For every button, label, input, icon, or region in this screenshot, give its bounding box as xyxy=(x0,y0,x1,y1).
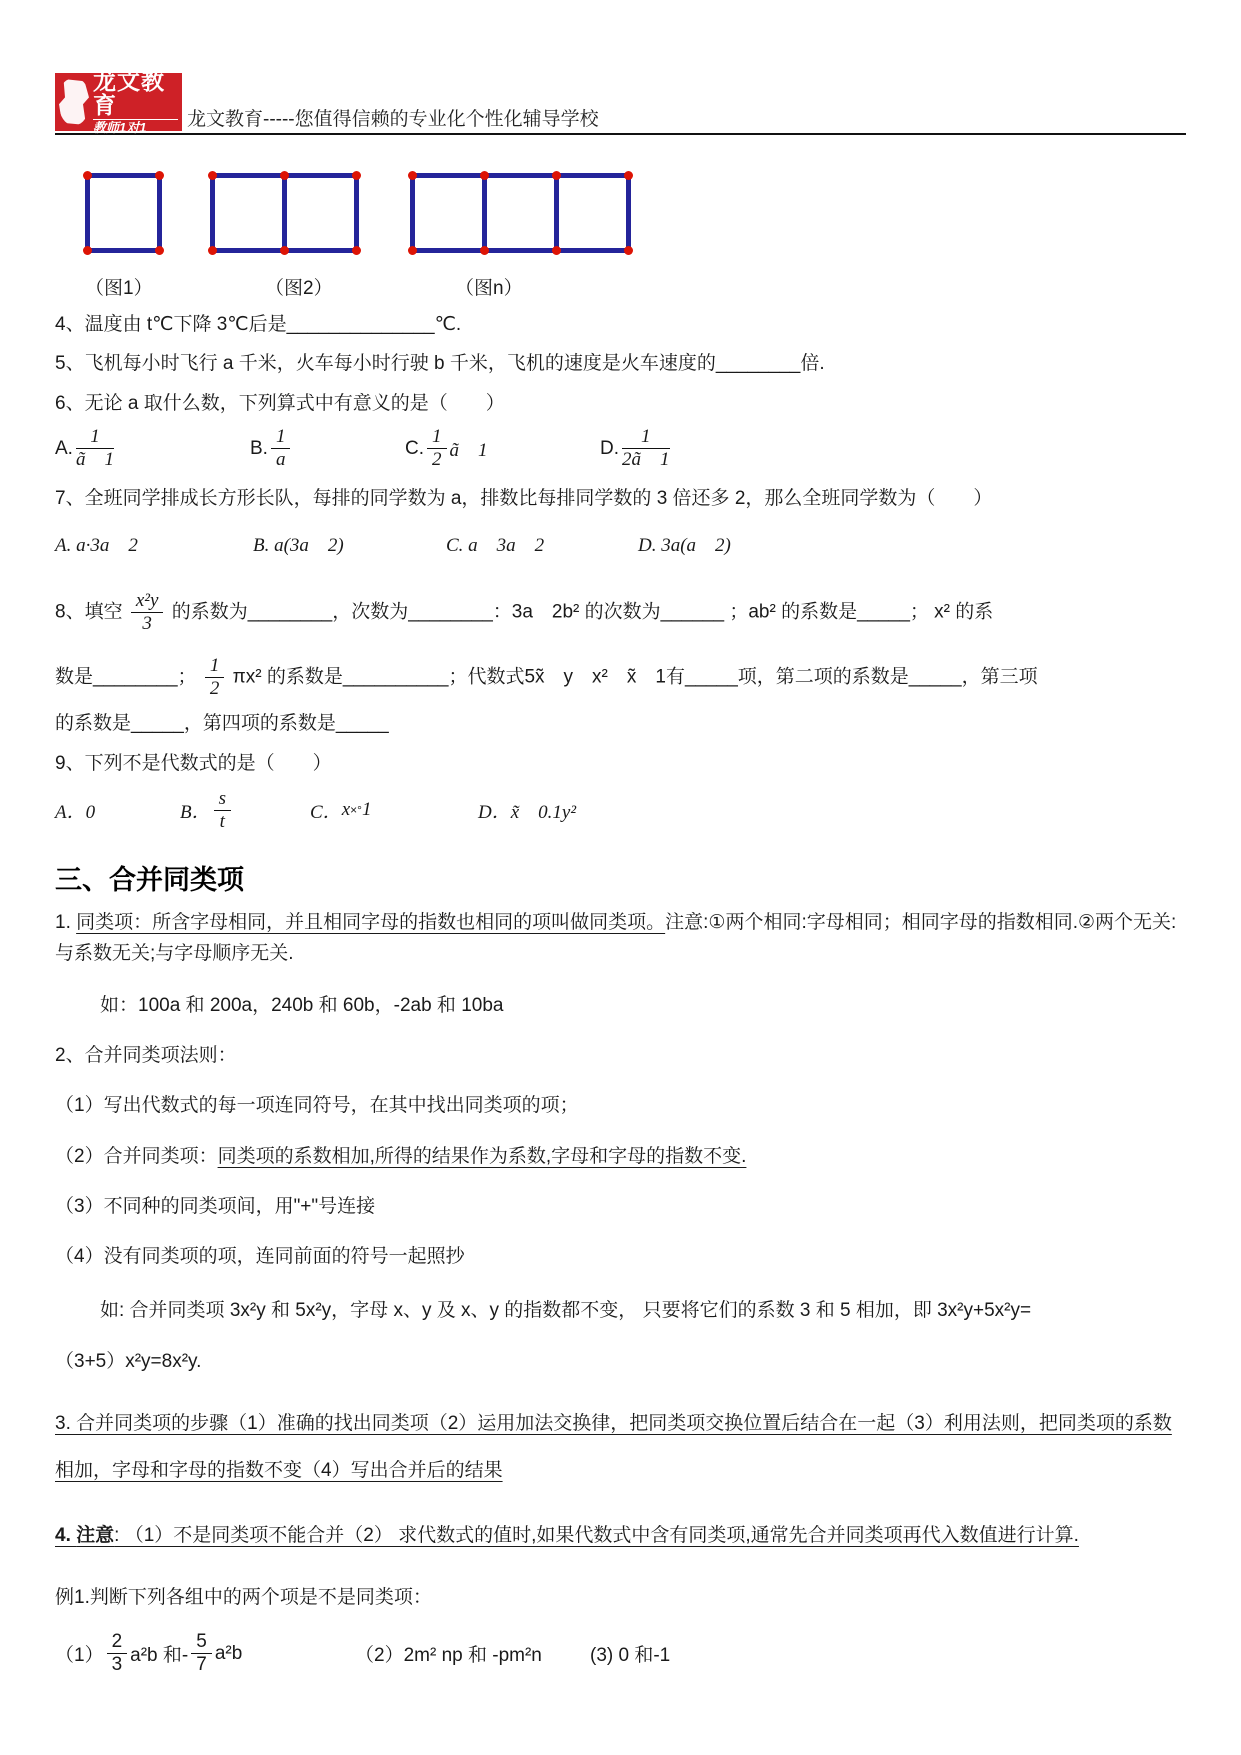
question-8-line1: 8、填空 x²y3 的系数为________，次数为________：3a 2b… xyxy=(55,591,1186,634)
question-6-options: A. 1ã 1 B. 1a C. 12 ã 1 D. 12ã 1 xyxy=(55,427,1186,470)
fraction: 12 xyxy=(205,656,225,699)
question-8-line2: 数是________； 12 πx² 的系数是__________；代数式5x̃… xyxy=(55,656,1186,699)
q9-option-c: C． x ×° 1 xyxy=(310,797,478,824)
fraction: 23 xyxy=(107,1632,128,1675)
q6-option-b: B. 1a xyxy=(250,427,405,470)
figure-squares-1 xyxy=(85,173,162,253)
rule-4: （4）没有同类项的项，连同前面的符号一起照抄 xyxy=(55,1241,1186,1272)
q9-option-d: D． x̃ 0.1y² xyxy=(478,797,576,824)
corner-dot xyxy=(208,171,217,180)
example-1-items: （1） 23 a²b 和- 57 a²b （2）2m² np 和 -pm²n (… xyxy=(55,1632,1186,1675)
question-6: 6、无论 a 取什么数，下列算式中有意义的是（ ） xyxy=(55,389,1186,419)
figure-squares-2 xyxy=(210,173,359,253)
question-4: 4、温度由 t℃下降 3℃后是______________℃. xyxy=(55,310,1186,340)
fraction: 12 xyxy=(427,427,447,470)
corner-dot xyxy=(480,171,489,180)
corner-dot xyxy=(155,246,164,255)
corner-dot xyxy=(552,246,561,255)
question-7-options: A. a·3a 2 B. a(3a 2) C. a 3a 2 D. 3a(a 2… xyxy=(55,530,1186,557)
corner-dot xyxy=(408,246,417,255)
corner-dot xyxy=(155,171,164,180)
rule-3: （3）不同种的同类项间，用"+"号连接 xyxy=(55,1191,1186,1222)
figure-label-n: （图n） xyxy=(455,273,523,300)
fraction: 1a xyxy=(271,427,291,470)
section-point-1: 1. 同类项：所含字母相同，并且相同字母的指数也相同的项叫做同类项。注意:①两个… xyxy=(55,907,1186,970)
corner-dot xyxy=(280,171,289,180)
q6-option-c: C. 12 ã 1 xyxy=(405,427,600,470)
fraction: 1ã 1 xyxy=(76,427,114,470)
corner-dot xyxy=(280,246,289,255)
logo-subtitle: 教师1对1 xyxy=(93,119,178,135)
corner-dot xyxy=(83,171,92,180)
rule-2: （2）合并同类项：同类项的系数相加,所得的结果作为系数,字母和字母的指数不变. xyxy=(55,1141,1186,1172)
figures xyxy=(55,173,1186,259)
worksheet-page: 龙文教育 教师1对1 龙文教育-----您值得信赖的专业化个性化辅导学校 （图1… xyxy=(0,0,1241,1755)
fraction: 57 xyxy=(191,1632,212,1675)
q7-option-a: A. a·3a 2 xyxy=(55,530,253,557)
like-terms-example: 如：100a 和 200a，240b 和 60b，-2ab 和 10ba xyxy=(55,990,1186,1021)
corner-dot xyxy=(624,171,633,180)
figure-label-1: （图1） xyxy=(85,273,153,300)
q7-option-d: D. 3a(a 2) xyxy=(638,530,731,557)
blank-line: ________ xyxy=(716,353,801,374)
corner-dot xyxy=(352,171,361,180)
section-point-4: 4. 注意: （1）不是同类项不能合并（2） 求代数式的值时,如果代数式中含有同… xyxy=(55,1513,1186,1560)
question-5: 5、飞机每小时飞行 a 千米，火车每小时行驶 b 千米，飞机的速度是火车速度的_… xyxy=(55,349,1186,379)
corner-dot xyxy=(208,246,217,255)
combine-example-line2: （3+5）x²y=8x²y. xyxy=(55,1346,1186,1377)
header: 龙文教育 教师1对1 龙文教育-----您值得信赖的专业化个性化辅导学校 xyxy=(55,0,1186,135)
question-9-options: A．0 B． st C． x ×° 1 D． x̃ 0.1y² xyxy=(55,789,1186,832)
header-tagline: 龙文教育-----您值得信赖的专业化个性化辅导学校 xyxy=(187,104,599,131)
example-1-item-3: (3) 0 和-1 xyxy=(590,1640,670,1667)
corner-dot xyxy=(352,246,361,255)
rule-title: 2、合并同类项法则： xyxy=(55,1040,1186,1071)
figure-labels: （图1） （图2） （图n） xyxy=(55,273,1186,301)
section-point-3: 3. 合并同类项的步骤（1）准确的找出同类项（2）运用加法交换律，把同类项交换位… xyxy=(55,1401,1186,1494)
corner-dot xyxy=(552,171,561,180)
q9-option-a: A．0 xyxy=(55,797,180,824)
q7-option-c: C. a 3a 2 xyxy=(446,530,638,557)
rule-1: （1）写出代数式的每一项连同符号，在其中找出同类项的项； xyxy=(55,1090,1186,1121)
fraction: st xyxy=(214,789,231,832)
q7-option-b: B. a(3a 2) xyxy=(253,530,446,557)
corner-dot xyxy=(83,246,92,255)
question-8-line3: 的系数是_____，第四项的系数是_____ xyxy=(55,709,1186,739)
fraction: x²y3 xyxy=(131,591,164,634)
blank-line: ______________ xyxy=(287,314,435,335)
logo-mark-icon xyxy=(59,79,89,125)
combine-example-line1: 如: 合并同类项 3x²y 和 5x²y，字母 x、y 及 x、y 的指数都不变… xyxy=(55,1295,1186,1326)
corner-dot xyxy=(480,246,489,255)
corner-dot xyxy=(624,246,633,255)
logo: 龙文教育 教师1对1 xyxy=(55,73,182,131)
section-heading: 三、合并同类项 xyxy=(55,858,1186,897)
example-1-title: 例1.判断下列各组中的两个项是不是同类项： xyxy=(55,1582,1186,1613)
logo-title: 龙文教育 xyxy=(93,69,178,117)
figure-squares-n xyxy=(410,173,631,253)
q6-option-d: D. 12ã 1 xyxy=(600,427,673,470)
corner-dot xyxy=(408,171,417,180)
fraction: 12ã 1 xyxy=(622,427,670,470)
example-1-item-2: （2）2m² np 和 -pm²n xyxy=(355,1640,590,1667)
example-1-item-1: （1） 23 a²b 和- 57 a²b xyxy=(55,1632,355,1675)
q6-option-a: A. 1ã 1 xyxy=(55,427,250,470)
question-9: 9、下列不是代数式的是（ ） xyxy=(55,749,1186,779)
figure-label-2: （图2） xyxy=(265,273,333,300)
question-7: 7、全班同学排成长方形长队，每排的同学数为 a，排数比每排同学数的 3 倍还多 … xyxy=(55,484,1186,514)
q9-option-b: B． st xyxy=(180,789,310,832)
